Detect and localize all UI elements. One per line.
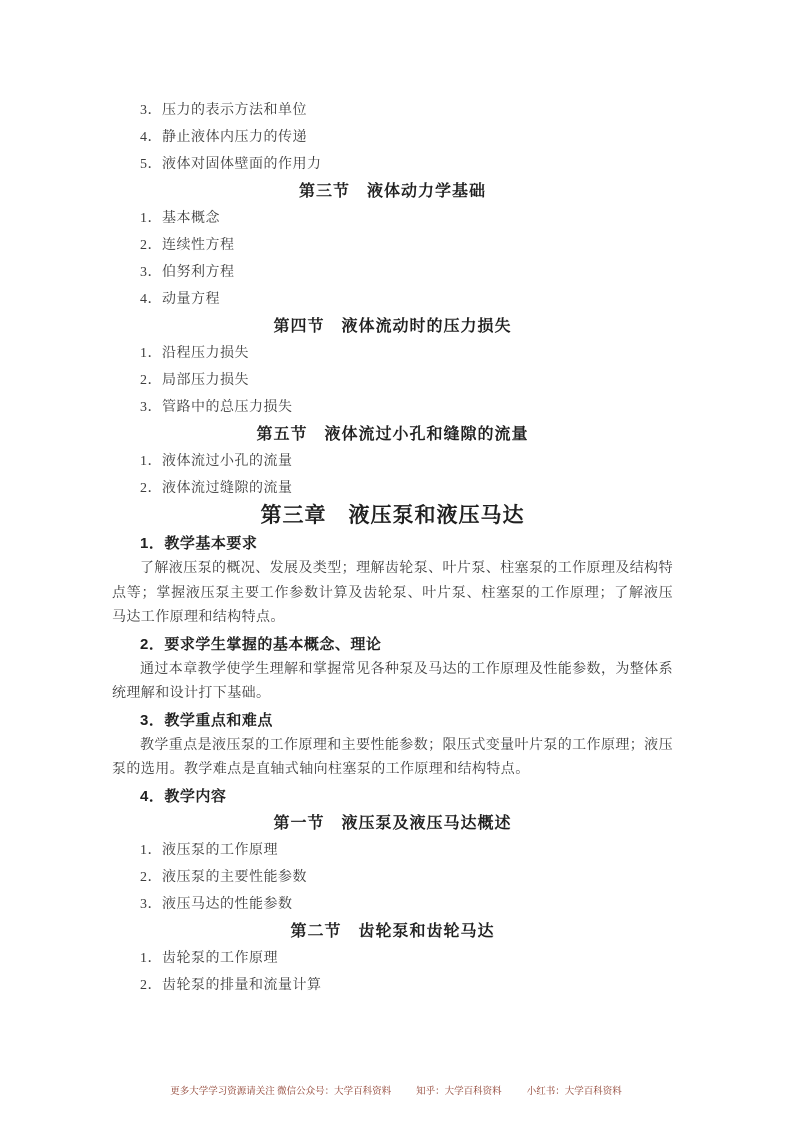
- section-heading: 第四节 液体流动时的压力损失: [112, 313, 673, 340]
- list-item: 1．液压泵的工作原理: [112, 837, 673, 864]
- subsection-heading: 2．要求学生掌握的基本概念、理论: [112, 631, 673, 658]
- section-heading: 第五节 液体流过小孔和缝隙的流量: [112, 421, 673, 448]
- list-item: 3．管路中的总压力损失: [112, 394, 673, 421]
- list-item: 3．伯努利方程: [112, 259, 673, 286]
- list-item: 1．齿轮泵的工作原理: [112, 945, 673, 972]
- list-item: 3．压力的表示方法和单位: [112, 97, 673, 124]
- list-item: 5．液体对固体壁面的作用力: [112, 151, 673, 178]
- list-item: 2．局部压力损失: [112, 367, 673, 394]
- list-item: 4．动量方程: [112, 286, 673, 313]
- list-item: 3．液压马达的性能参数: [112, 891, 673, 918]
- list-item: 2．液压泵的主要性能参数: [112, 864, 673, 891]
- list-item: 2．连续性方程: [112, 232, 673, 259]
- document-page: 3．压力的表示方法和单位 4．静止液体内压力的传递 5．液体对固体壁面的作用力 …: [0, 0, 792, 1122]
- paragraph: 了解液压泵的概况、发展及类型；理解齿轮泵、叶片泵、柱塞泵的工作原理及结构特点等；…: [112, 557, 673, 631]
- list-item: 4．静止液体内压力的传递: [112, 124, 673, 151]
- section-heading: 第二节 齿轮泵和齿轮马达: [112, 918, 673, 945]
- paragraph: 通过本章教学使学生理解和掌握常见各种泵及马达的工作原理及性能参数，为整体系统理解…: [112, 658, 673, 707]
- section-heading: 第三节 液体动力学基础: [112, 178, 673, 205]
- list-item: 2．液体流过缝隙的流量: [112, 475, 673, 502]
- section-heading: 第一节 液压泵及液压马达概述: [112, 810, 673, 837]
- list-item: 1．液体流过小孔的流量: [112, 448, 673, 475]
- subsection-heading: 1．教学基本要求: [112, 530, 673, 557]
- subsection-heading: 4．教学内容: [112, 783, 673, 810]
- footer-zhihu-text: 知乎：大学百科资料: [416, 1083, 502, 1097]
- subsection-heading: 3．教学重点和难点: [112, 707, 673, 734]
- list-item: 1．沿程压力损失: [112, 340, 673, 367]
- list-item: 2．齿轮泵的排量和流量计算: [112, 972, 673, 999]
- list-item: 1．基本概念: [112, 205, 673, 232]
- paragraph: 教学重点是液压泵的工作原理和主要性能参数；限压式变量叶片泵的工作原理；液压泵的选…: [112, 734, 673, 783]
- chapter-heading: 第三章 液压泵和液压马达: [112, 502, 673, 530]
- footer-wechat-text: 更多大学学习资源请关注 微信公众号：大学百科资料: [170, 1083, 391, 1097]
- document-body: 3．压力的表示方法和单位 4．静止液体内压力的传递 5．液体对固体壁面的作用力 …: [112, 97, 673, 999]
- footer-xiaohongshu-text: 小红书：大学百科资料: [527, 1083, 622, 1097]
- footer-promo: 更多大学学习资源请关注 微信公众号：大学百科资料 知乎：大学百科资料 小红书：大…: [0, 1083, 792, 1097]
